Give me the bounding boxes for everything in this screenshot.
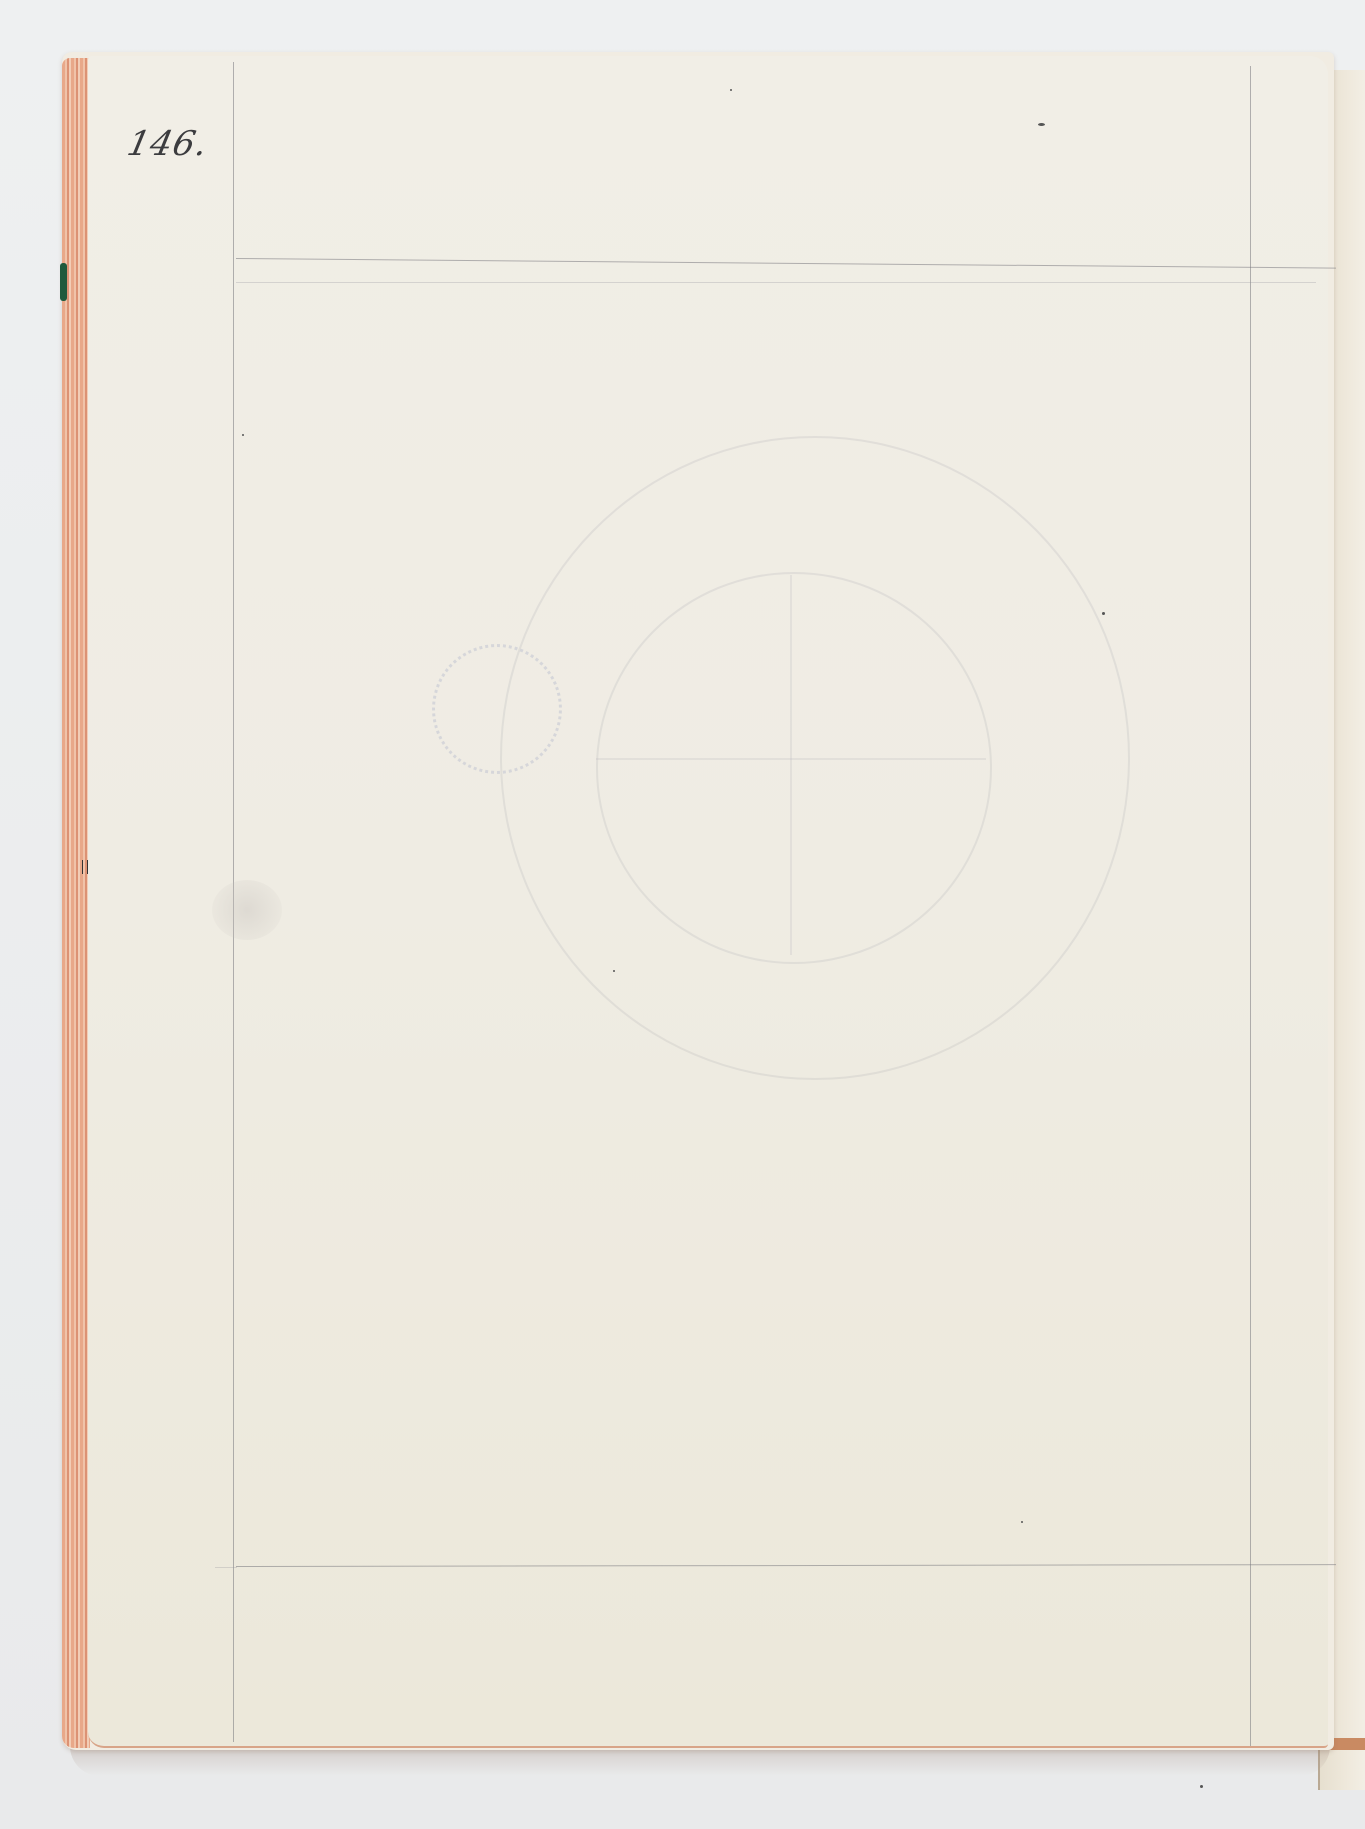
ink-speck: [242, 434, 244, 436]
bottom-margin-rule-left: [215, 1567, 237, 1568]
top-margin-rule-secondary: [236, 282, 1316, 283]
scanned-page-scene: 146.: [0, 0, 1365, 1829]
ink-speck: [1102, 612, 1105, 615]
page-shadow: [70, 1746, 1330, 1776]
show-through-horizontal-line: [596, 758, 986, 760]
show-through-round-stamp: [432, 644, 562, 774]
right-margin-rule: [1250, 66, 1251, 1746]
ink-speck: [613, 970, 615, 972]
ink-speck: [730, 89, 732, 91]
show-through-inner-circle: [596, 572, 992, 964]
page-stack-edge: [62, 58, 90, 1748]
ink-speck: [1021, 1521, 1023, 1523]
show-through-vertical-line: [790, 575, 792, 955]
paper-smudge: [212, 880, 282, 940]
green-tab-marker: [60, 263, 67, 301]
ink-speck: [1200, 1785, 1203, 1788]
ink-speck: [1038, 123, 1045, 126]
handwritten-page-number: 146.: [124, 124, 212, 164]
